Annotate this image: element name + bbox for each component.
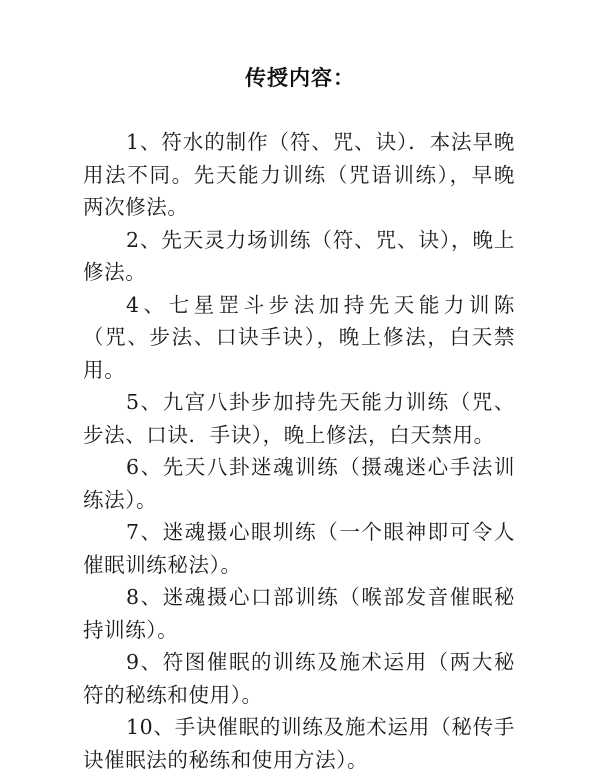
list-item-8: 8、迷魂摄心口部训练（喉部发音催眠秘持训练）。	[83, 581, 515, 646]
document-page: 传授内容： 1、符水的制作（符、咒、诀）．本法早晚用法不同。先天能力训练（咒语训…	[0, 0, 600, 783]
list-item-2: 2、先天灵力场训练（符、咒、诀），晚上修法。	[83, 224, 515, 289]
list-item-4: 4、七星罡斗步法加持先天能力训陈（咒、步法、口诀手诀），晚上修法，白天禁用。	[83, 289, 515, 387]
document-title: 传授内容：	[0, 62, 600, 94]
list-item-10: 10、手诀催眠的训练及施术运用（秘传手诀催眠法的秘练和使用方法）。	[83, 711, 515, 776]
list-item-9: 9、符图催眠的训练及施术运用（两大秘符的秘练和使用）。	[83, 646, 515, 711]
list-item-5: 5、九宫八卦步加持先天能力训练（咒、步法、口诀．手诀），晚上修法，白天禁用。	[83, 386, 515, 451]
list-item-1: 1、符水的制作（符、咒、诀）．本法早晚用法不同。先天能力训练（咒语训练），早晚两…	[83, 126, 515, 224]
document-body: 1、符水的制作（符、咒、诀）．本法早晚用法不同。先天能力训练（咒语训练），早晚两…	[83, 126, 515, 776]
list-item-6: 6、先天八卦迷魂训练（摄魂迷心手法训练法）。	[83, 451, 515, 516]
list-item-7: 7、迷魂摄心眼圳练（一个眼神即可令人催眠训练秘法）。	[83, 516, 515, 581]
